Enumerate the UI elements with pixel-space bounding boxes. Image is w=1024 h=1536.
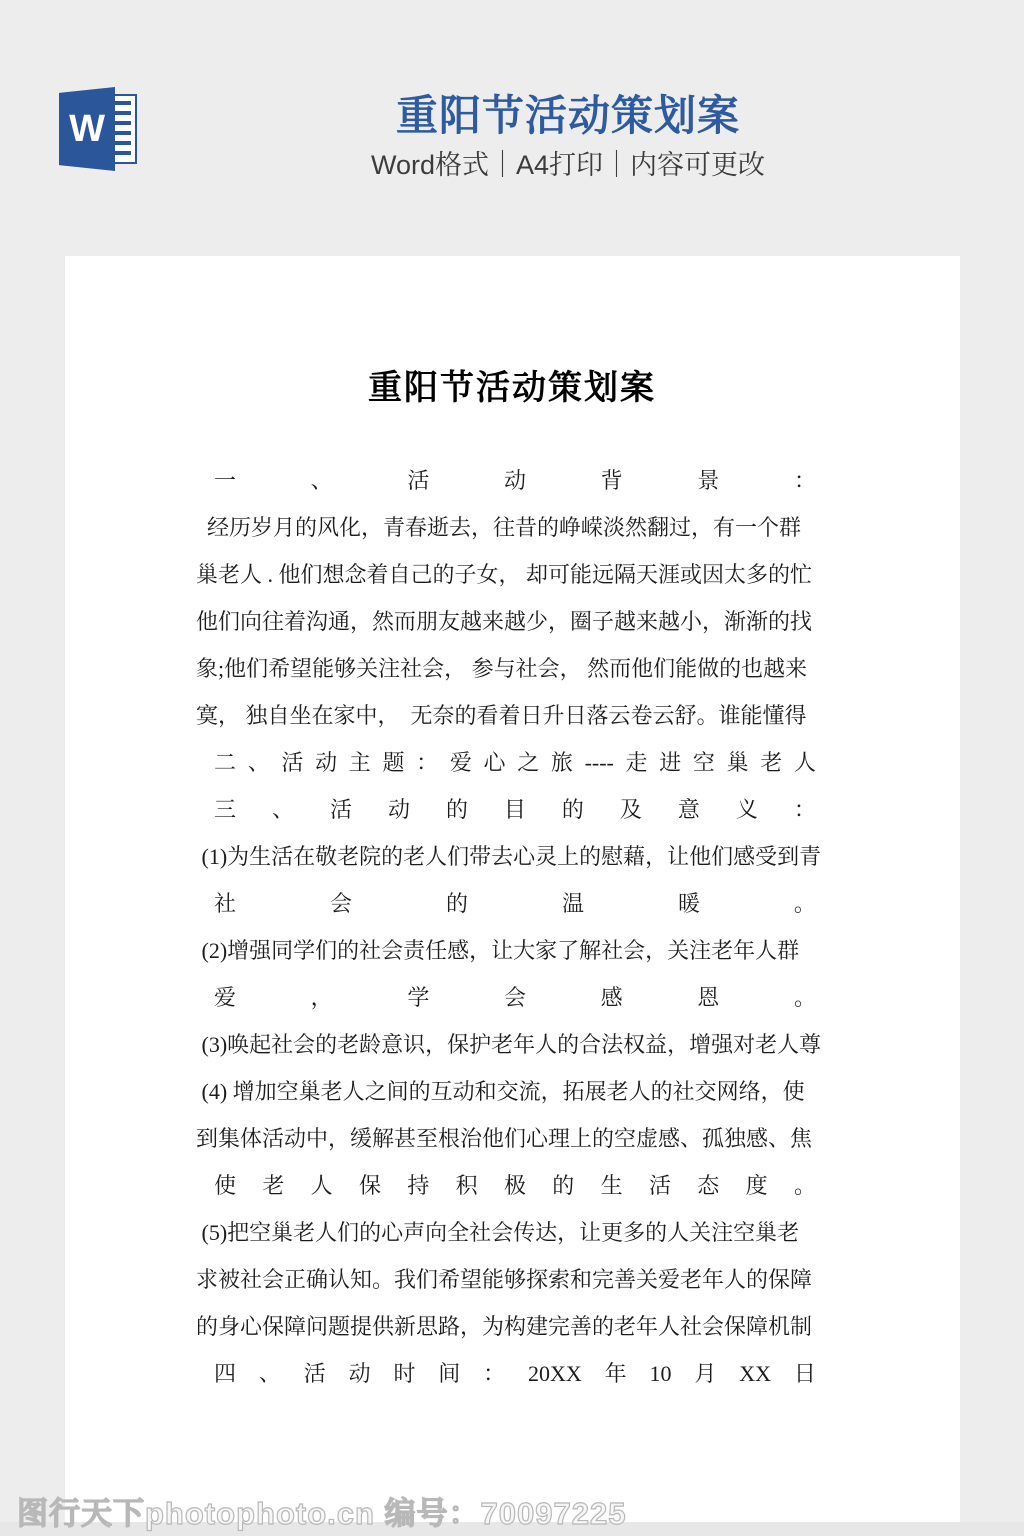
site-watermark: 图行天下photophoto.cn 编号：70097225 — [17, 1488, 626, 1533]
doc-line: 经历岁月的风化，青春逝去，往昔的峥嵘淡然翻过，有一个群体的名字叫—— 空 — [196, 504, 822, 551]
doc-line: 使老人保持积极的生活态度。 — [196, 1162, 822, 1209]
document-body: 一、活动背景： 经历岁月的风化，青春逝去，往昔的峥嵘淡然翻过，有一个群体的名字叫… — [196, 457, 822, 1397]
doc-line: 三、活动的目的及意义： — [196, 786, 822, 833]
doc-line: (4) 增加空巢老人之间的互动和交流，拓展老人的社交网络，使他们主动融入 — [196, 1068, 822, 1115]
doc-line: 四、活动时间：20XX年10月XX日 — [196, 1350, 822, 1397]
template-title: 重阳节活动策划案 — [112, 92, 1024, 140]
doc-line: 二、活动主题：爱心之旅----走进空巢老人 — [196, 739, 822, 786]
doc-line: 巢老人 . 他们想念着自己的子女， 却可能远隔天涯或因太多的忙碌而无暇照顾； — [196, 551, 822, 598]
doc-line: 一、活动背景： — [196, 457, 822, 504]
doc-line: (1)为生活在敬老院的老人们带去心灵上的慰藉，让他们感受到青少年的朝气和 — [196, 833, 822, 880]
doc-line: 象;他们希望能够关注社会， 参与社会， 然而他们能做的也越来越少。孤独，寂 — [196, 645, 822, 692]
doc-line: (2)增强同学们的社会责任感，让大家了解社会，关注老年人群体，从中学会关 — [196, 927, 822, 974]
doc-line: 求被社会正确认知。我们希望能够探索和完善关爱老年人的保障机制，为老年人 — [196, 1256, 822, 1303]
doc-line: 到集体活动中，缓解甚至根治他们心理上的空虚感、孤独感、焦虑感、抑郁感， — [196, 1115, 822, 1162]
header-text-block: 重阳节活动策划案 Word格式｜A4打印｜内容可更改 — [112, 92, 1024, 182]
doc-line: (3)唤起社会的老龄意识，保护老年人的合法权益，增强对老人尊敬关爱意识。 — [196, 1021, 822, 1068]
doc-line: 他们向往着沟通，然而朋友越来越少，圈子越来越小，渐渐的找不到了述说的对 — [196, 598, 822, 645]
template-subtitle: Word格式｜A4打印｜内容可更改 — [112, 148, 1024, 182]
word-blue-panel-icon: W — [59, 87, 115, 171]
template-preview-canvas: W 重阳节活动策划案 Word格式｜A4打印｜内容可更改 重阳节活动策划案 一、… — [0, 0, 1024, 1536]
doc-line: 爱，学会感恩。 — [196, 974, 822, 1021]
doc-line: 寞， 独自坐在家中， 无奈的看着日升日落云卷云舒。谁能懂得他们的寂寞！ — [196, 692, 822, 739]
doc-line: 的身心保障问题提供新思路，为构建完善的老年人社会保障机制出一份力。 — [196, 1303, 822, 1350]
doc-line: 社会的温暖。 — [196, 880, 822, 927]
word-logo-icon: W — [59, 87, 137, 171]
doc-line: (5)把空巢老人们的心声向全社会传达，让更多的人关注空巢老人，让老人的需 — [196, 1209, 822, 1256]
word-w-glyph: W — [69, 110, 105, 148]
document-title: 重阳节活动策划案 — [0, 360, 1024, 409]
